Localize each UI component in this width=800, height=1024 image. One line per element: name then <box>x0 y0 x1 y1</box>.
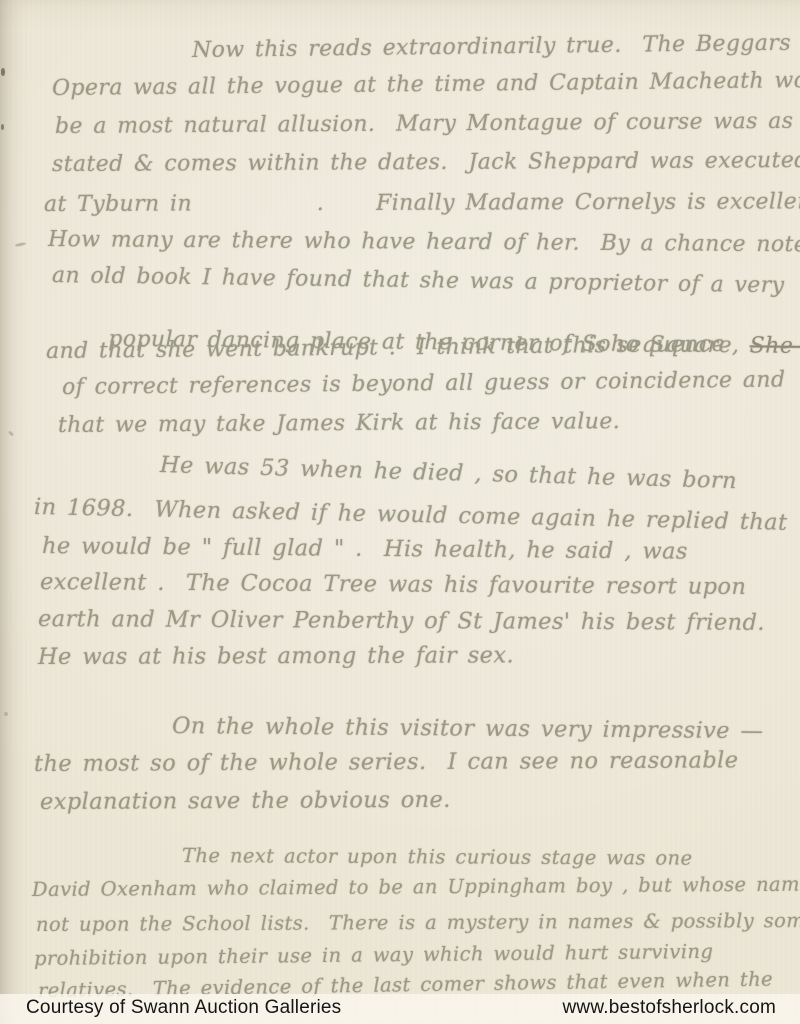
handwritten-text-block: Now this reads extraordinarily true. The… <box>0 0 800 1024</box>
manuscript-line: stated & comes within the dates. Jack Sh… <box>52 148 800 177</box>
manuscript-line: not upon the School lists. There is a my… <box>36 909 800 936</box>
manuscript-line: that we may take James Kirk at his face … <box>58 409 620 438</box>
manuscript-line: in 1698. When asked if he would come aga… <box>34 494 788 536</box>
manuscript-line: the most so of the whole series. I can s… <box>34 747 739 777</box>
manuscript-line: be a most natural allusion. Mary Montagu… <box>55 109 794 139</box>
manuscript-line: excellent . The Cocoa Tree was his favou… <box>40 569 746 600</box>
manuscript-line: he would be " full glad " . His health, … <box>42 533 688 565</box>
manuscript-line: He was 53 when he died , so that he was … <box>160 452 738 494</box>
paper-speck <box>1 68 5 76</box>
caption-credit: Courtesy of Swann Auction Galleries <box>26 997 341 1019</box>
manuscript-line: prohibition upon their use in a way whic… <box>34 940 714 970</box>
manuscript-line: Now this reads extraordinarily true. The… <box>192 31 791 63</box>
manuscript-line: On the whole this visitor was very impre… <box>172 713 764 744</box>
caption-bar: Courtesy of Swann Auction Galleries www.… <box>0 994 800 1024</box>
manuscript-line: David Oxenham who claimed to be an Uppin… <box>32 872 800 901</box>
caption-website: www.bestofsherlock.com <box>563 997 776 1019</box>
manuscript-line: explanation save the obvious one. <box>40 787 451 815</box>
manuscript-line: How many are there who have heard of her… <box>48 227 800 258</box>
manuscript-line: He was at his best among the fair sex. <box>38 642 514 670</box>
paper-speck <box>1 124 4 130</box>
manuscript-line: an old book I have found that she was a … <box>52 263 785 298</box>
manuscript-line: at Tyburn in . Finally Madame Cornelys i… <box>44 189 800 217</box>
struck-out-text: She was <box>750 333 800 359</box>
manuscript-line: earth and Mr Oliver Penberthy of St Jame… <box>38 606 765 636</box>
manuscript-page: Now this reads extraordinarily true. The… <box>0 0 800 1024</box>
manuscript-line: The next actor upon this curious stage w… <box>182 844 693 870</box>
paper-speck <box>4 712 8 716</box>
manuscript-line: Opera was all the vogue at the time and … <box>52 68 800 101</box>
